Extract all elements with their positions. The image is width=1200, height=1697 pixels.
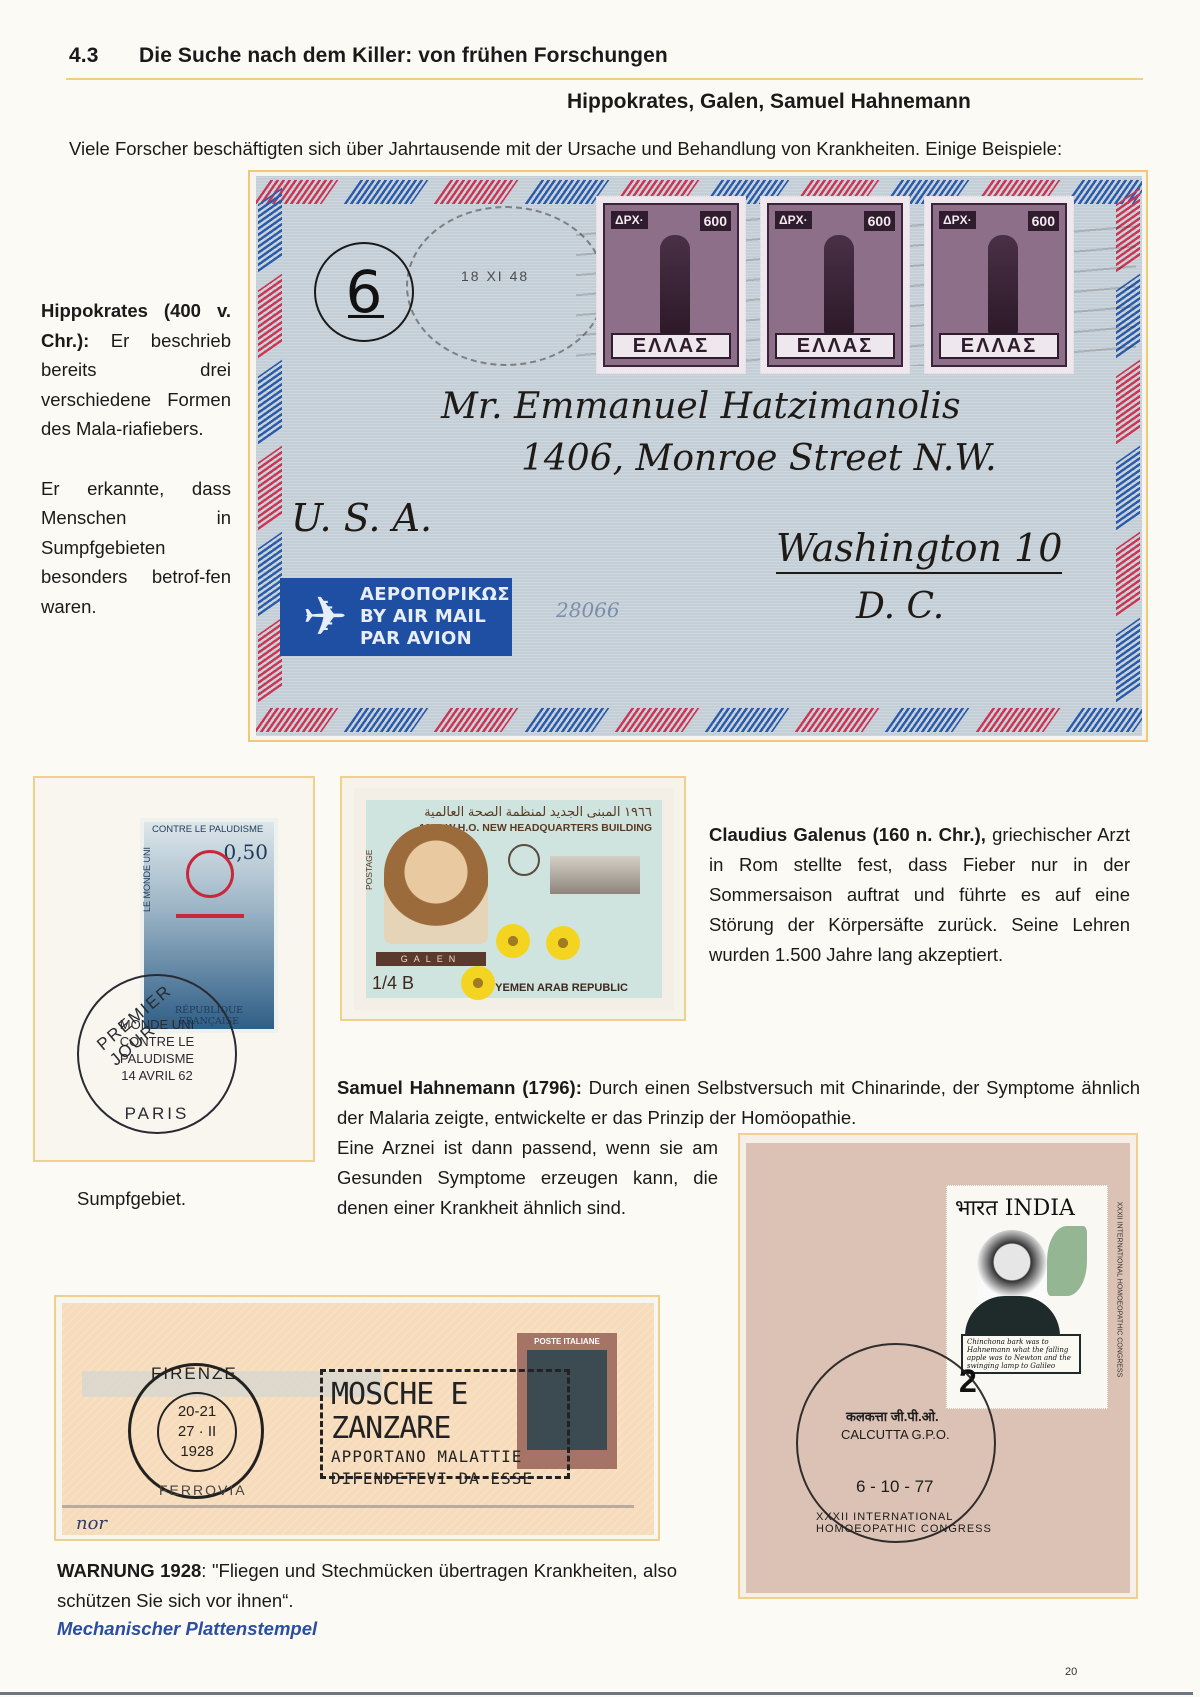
stamp-country: ΕΛΛΑΣ — [939, 333, 1059, 359]
paper-rule — [62, 1505, 634, 1508]
hahnemann-text-continued: Eine Arznei ist dann passend, wenn sie a… — [337, 1133, 718, 1223]
warning-heading: WARNUNG 1928 — [57, 1560, 201, 1581]
hippokrates-text: Hippokrates (400 v. Chr.): Er beschrieb … — [41, 296, 231, 621]
page-number: 20 — [1065, 1666, 1077, 1678]
france-malaria-stamp-card: CONTRE LE PALUDISME 0,50 LE MONDE UNI RÉ… — [33, 776, 315, 1162]
stamp-value: 1/4 B — [372, 973, 414, 994]
slogan-cancel: MOSCHE E ZANZARE APPORTANO MALATTIE DIFE… — [320, 1369, 570, 1479]
stamp-side-text: LE MONDE UNI — [142, 847, 152, 912]
slogan-line: APPORTANO MALATTIE — [331, 1446, 559, 1468]
cinchona-leaf-icon — [1047, 1226, 1087, 1296]
stamp-value: 600 — [1028, 211, 1059, 231]
stamp-country: भारत INDIA — [955, 1192, 1075, 1222]
cancel-line: CONTRE LE — [79, 1033, 235, 1050]
cancel-date: 14 AVRIL 62 — [79, 1067, 235, 1084]
italy-slogan-cancel-piece: FIRENZE 20-21 27 · II 1928 FERROVIA POST… — [54, 1295, 660, 1541]
slogan-line: MOSCHE E ZANZARE — [331, 1378, 559, 1446]
airmail-label: ✈ ΑΕΡΟΠΟΡΙΚΩΣ BY AIR MAIL PAR AVION — [280, 578, 512, 656]
cancel-line: PALUDISME — [79, 1050, 235, 1067]
airplane-icon: ✈ — [290, 584, 360, 650]
stamp-country: ΕΛΛΑΣ — [611, 333, 731, 359]
address-city: Washington 10 — [776, 526, 1062, 574]
stamp-value: 600 — [700, 211, 731, 231]
postmark-year: 1928 — [159, 1442, 235, 1462]
cancel-english-line: CALCUTTA G.P.O. — [841, 1427, 950, 1442]
souvenir-card: भारत INDIA Chinchona bark was to Hahnema… — [746, 1143, 1130, 1593]
first-day-cancel: PREMIER JOUR MONDE UNI CONTRE LE PALUDIS… — [77, 974, 237, 1134]
postmark-line: 20-21 — [159, 1402, 235, 1422]
handwriting: nor — [76, 1513, 107, 1534]
hahnemann-text: Samuel Hahnemann (1796): Durch einen Sel… — [337, 1073, 1140, 1133]
hippokrates-text-2: Er erkannte, dass Menschen in Sumpfgebie… — [41, 474, 231, 622]
stamp-arabic-header: ١٩٦٦ المبنى الجديد لمنظمة الصحة العالمية — [424, 804, 652, 820]
stamp-country: ΕΛΛΑΣ — [775, 333, 895, 359]
portrait-label: GALEN — [376, 952, 486, 966]
galen-heading: Claudius Galenus (160 n. Chr.), — [709, 824, 986, 845]
flower-icon — [461, 966, 495, 1000]
address-street: 1406, Monroe Street N.W. — [521, 438, 997, 479]
cancel-line: MONDE UNI — [79, 1016, 235, 1033]
airmail-border-left — [258, 196, 282, 716]
galen-text: Claudius Galenus (160 n. Chr.), griechis… — [709, 820, 1130, 970]
galen-portrait-icon — [384, 824, 488, 944]
yemen-galen-stamp-card: ١٩٦٦ المبنى الجديد لمنظمة الصحة العالمية… — [340, 776, 686, 1021]
warning-subtitle: Mechanischer Plattenstempel — [57, 1618, 317, 1640]
airmail-label-greek: ΑΕΡΟΠΟΡΙΚΩΣ — [360, 584, 510, 606]
galen-body: griechischer Arzt in Rom stellte fest, d… — [709, 824, 1130, 965]
slogan-line: DIFENDETEVI DA ESSE — [331, 1468, 559, 1490]
postmark-ring — [406, 206, 606, 366]
cancel-hindi-line: कलकत्ता जी.पी.ओ. — [846, 1407, 939, 1425]
yemen-stamp: ١٩٦٦ المبنى الجديد لمنظمة الصحة العالمية… — [354, 788, 674, 1010]
greek-airmail-cover: 6 18 XI 48 ΔΡΧ· 600 ΕΛΛΑΣ ΔΡΧ· 600 — [248, 170, 1148, 742]
cancel-arc: XXXII INTERNATIONAL HOMOEOPATHIC CONGRES… — [816, 1511, 996, 1535]
greek-stamp: ΔΡΧ· 600 ΕΛΛΑΣ — [924, 196, 1074, 374]
france-caption: Sumpfgebiet. — [77, 1188, 186, 1210]
pencil-note: 28066 — [556, 598, 620, 622]
malaria-emblem-icon — [186, 850, 234, 898]
stamp-country: POSTE ITALIANE — [521, 1337, 613, 1346]
who-emblem-icon — [508, 844, 540, 876]
airmail-border-bottom — [256, 708, 1142, 732]
envelope: 6 18 XI 48 ΔΡΧ· 600 ΕΛΛΑΣ ΔΡΧ· 600 — [256, 176, 1142, 736]
airmail-label-english: BY AIR MAIL — [360, 606, 510, 628]
hahnemann-heading: Samuel Hahnemann (1796): — [337, 1077, 582, 1098]
postmark-date: 18 XI 48 — [461, 268, 529, 284]
circled-number-cancel: 6 — [314, 242, 414, 342]
flower-icon — [496, 924, 530, 958]
postmark-arc-bottom: FERROVIA — [159, 1482, 247, 1498]
address-state: D. C. — [856, 586, 944, 627]
section-heading: 4.3Die Suche nach dem Killer: von frühen… — [69, 44, 668, 68]
address-recipient: Mr. Emmanuel Hatzimanolis — [441, 386, 960, 427]
building-icon — [550, 856, 640, 894]
congress-cancel: कलकत्ता जी.पी.ओ. CALCUTTA G.P.O. 6 - 10 … — [796, 1343, 996, 1543]
cancel-arc-bottom: PARIS — [79, 1104, 235, 1124]
stamp-side-text: XXXII INTERNATIONAL HOMOEOPATHIC CONGRES… — [1116, 1202, 1123, 1378]
stamp-country: YEMEN ARAB REPUBLIC — [495, 982, 628, 994]
exhibit-page: 4.3Die Suche nach dem Killer: von frühen… — [0, 0, 1200, 1697]
section-title: Die Suche nach dem Killer: von frühen Fo… — [139, 44, 668, 67]
address-country: U. S. A. — [291, 496, 432, 540]
airmail-label-french: PAR AVION — [360, 628, 510, 650]
stamp-currency: ΔΡΧ· — [611, 211, 648, 229]
hippocrates-statue-icon — [824, 235, 854, 335]
hippocrates-statue-icon — [660, 235, 690, 335]
page-subtitle: Hippokrates, Galen, Samuel Hahnemann — [567, 90, 971, 114]
hippocrates-statue-icon — [988, 235, 1018, 335]
stamp-currency: ΔΡΧ· — [775, 211, 812, 229]
greek-stamps: ΔΡΧ· 600 ΕΛΛΑΣ ΔΡΧ· 600 ΕΛΛΑΣ — [596, 196, 1074, 374]
greek-stamp: ΔΡΧ· 600 ΕΛΛΑΣ — [596, 196, 746, 374]
warning-text: WARNUNG 1928: "Fliegen und Stechmücken ü… — [57, 1556, 677, 1616]
mosquito-icon — [176, 914, 244, 918]
section-number: 4.3 — [69, 44, 139, 68]
page-bottom-edge — [0, 1692, 1193, 1695]
header-rule — [66, 78, 1143, 80]
india-hahnemann-stamp-card: भारत INDIA Chinchona bark was to Hahnema… — [738, 1133, 1138, 1599]
firenze-postmark: FIRENZE 20-21 27 · II 1928 FERROVIA — [128, 1363, 264, 1499]
stamp-value: 600 — [864, 211, 895, 231]
stamp-side-text: POSTAGE — [364, 850, 374, 890]
stamp-top-text: CONTRE LE PALUDISME — [152, 824, 263, 835]
postmark-arc-top: FIRENZE — [151, 1364, 238, 1384]
postmark-line: 27 · II — [159, 1422, 235, 1442]
intro-paragraph: Viele Forscher beschäftigten sich über J… — [69, 134, 1149, 164]
flower-icon — [546, 926, 580, 960]
cover-fragment: FIRENZE 20-21 27 · II 1928 FERROVIA POST… — [62, 1303, 654, 1535]
greek-stamp: ΔΡΧ· 600 ΕΛΛΑΣ — [760, 196, 910, 374]
cancel-date: 6 - 10 - 77 — [856, 1477, 934, 1497]
stamp-currency: ΔΡΧ· — [939, 211, 976, 229]
